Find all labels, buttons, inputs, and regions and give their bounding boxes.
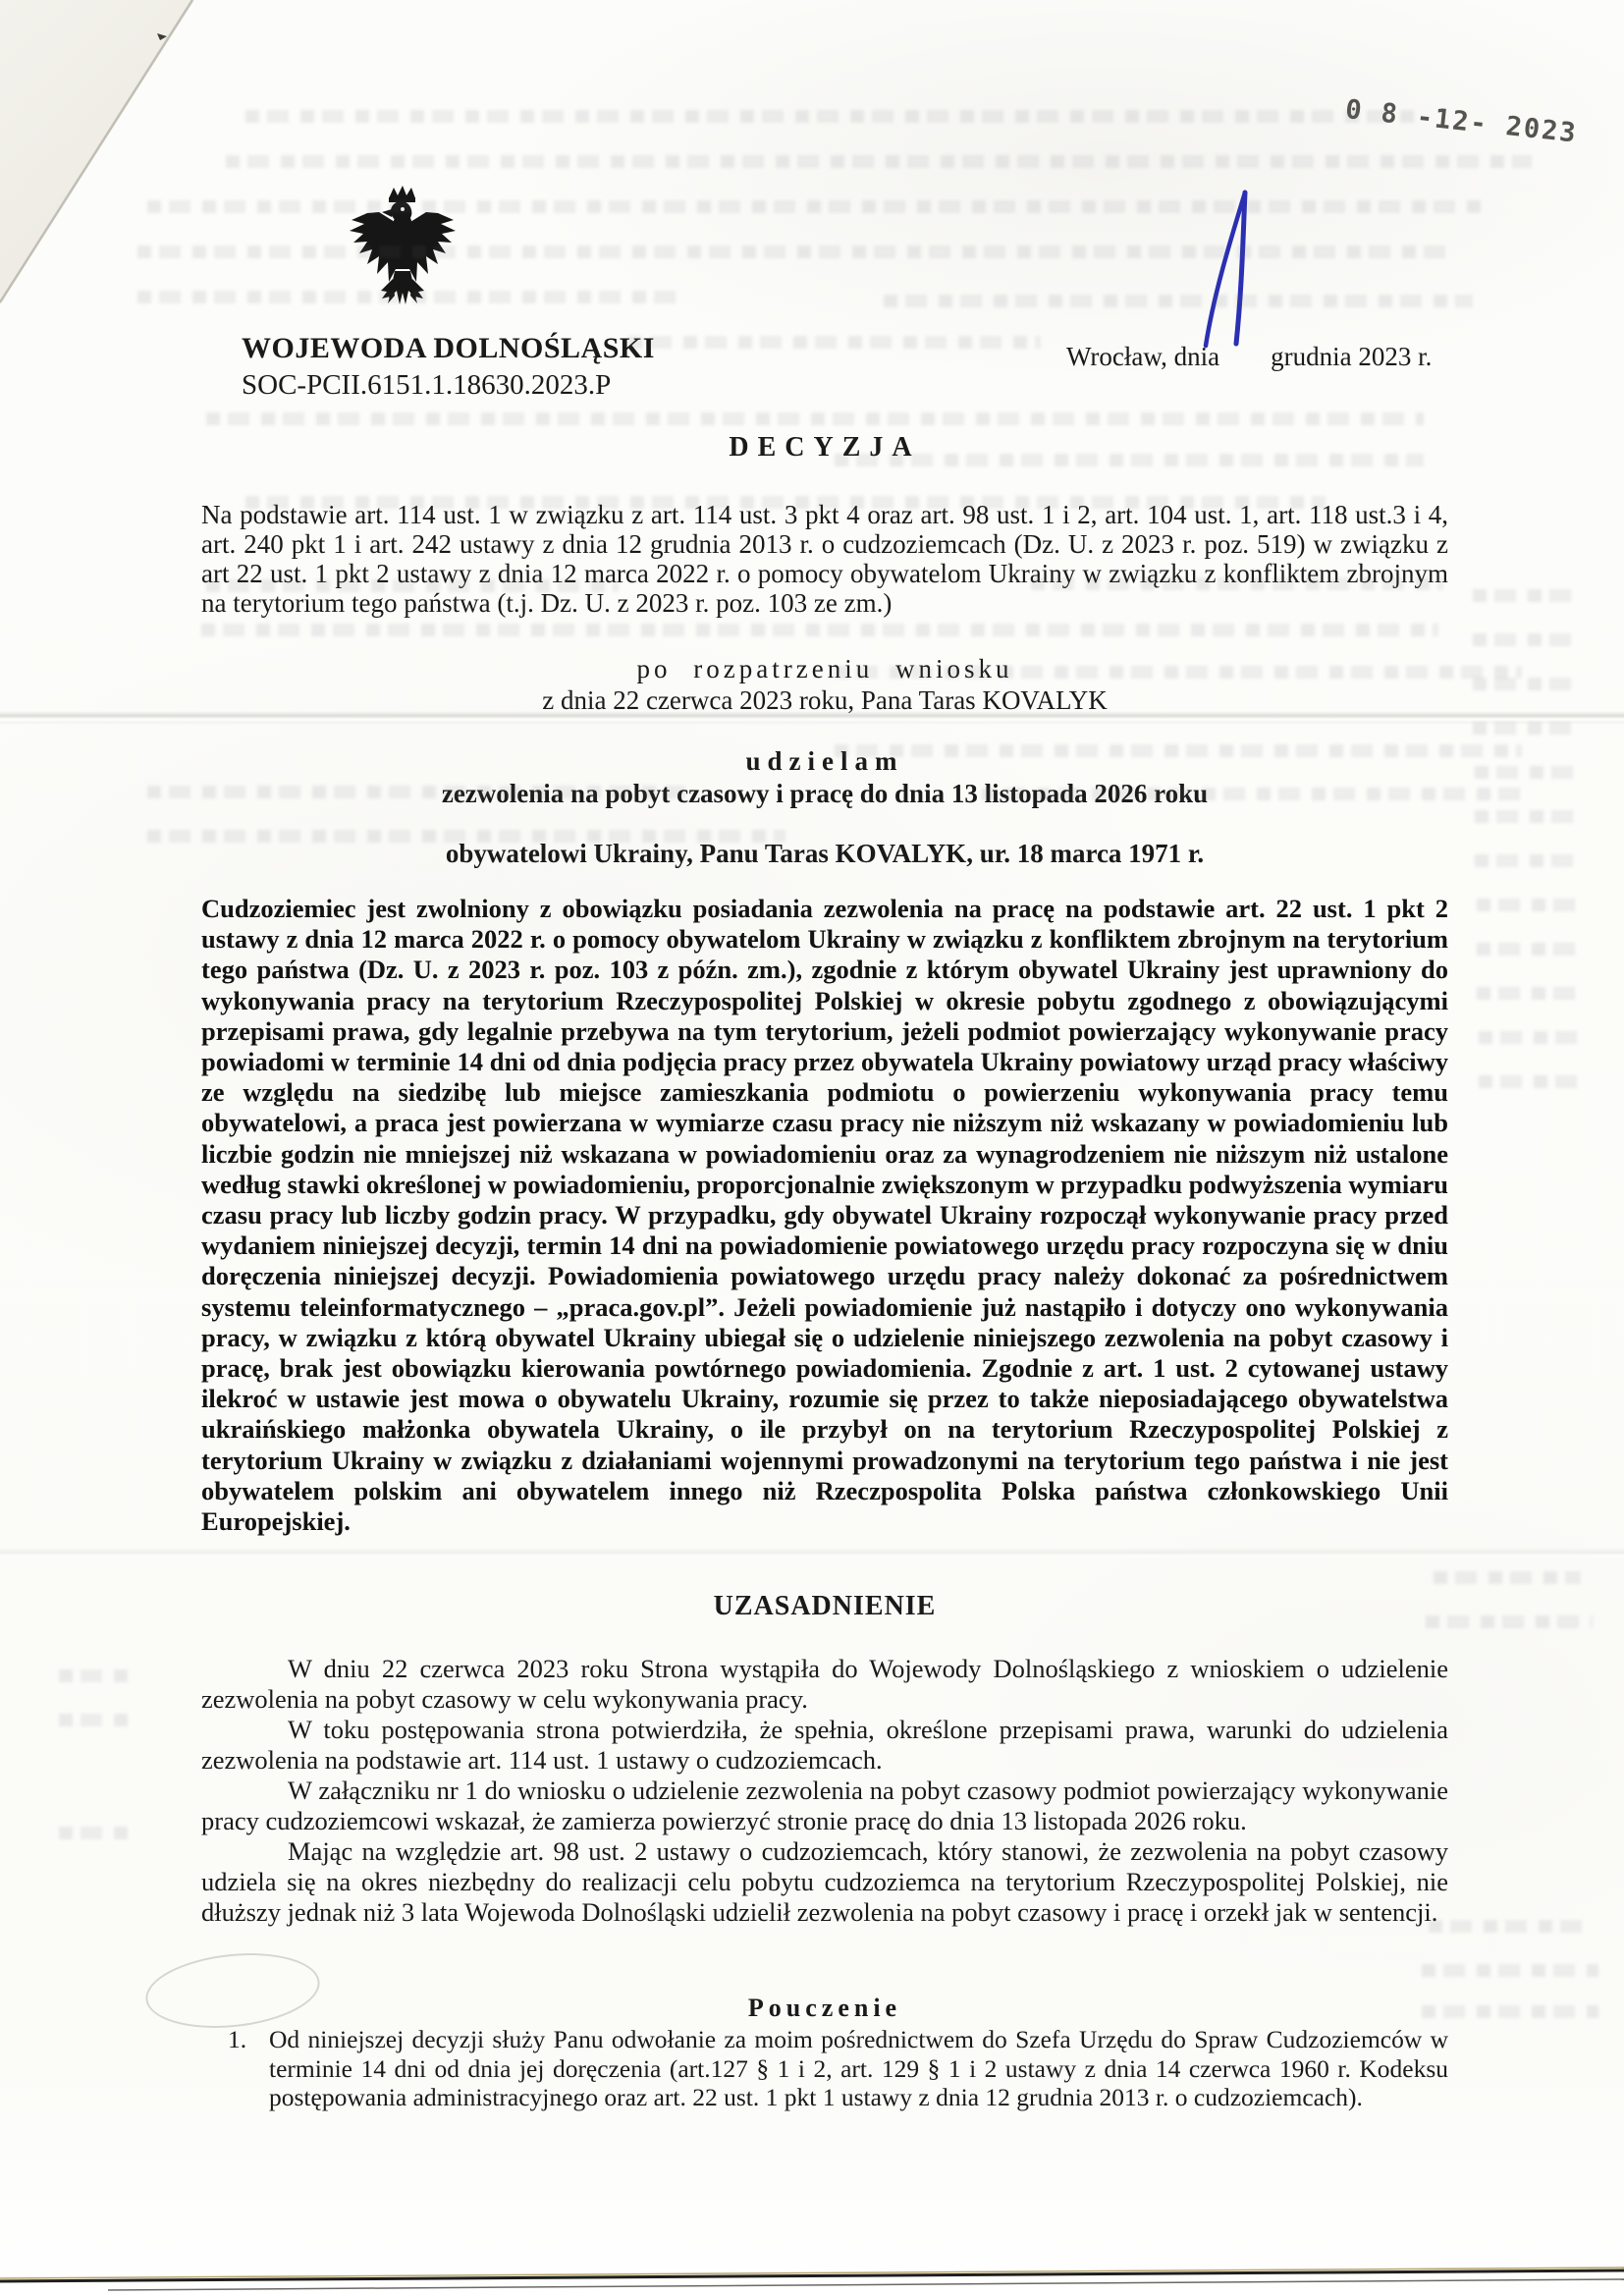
bleedthrough-text-row (1475, 854, 1581, 867)
bleedthrough-text-row (1473, 722, 1581, 735)
bleedthrough-text-row (835, 666, 1522, 679)
bleedthrough-text-row (1422, 1964, 1598, 1977)
bleedthrough-text-row (137, 246, 1453, 258)
bleedthrough-text-row (884, 295, 1473, 307)
bleedthrough-text-row (1473, 589, 1581, 602)
bleedthrough-text-row (147, 830, 785, 843)
bleedthrough-text-row (1477, 987, 1579, 1000)
bleedthrough-text-row (1422, 2005, 1598, 2018)
bleedthrough-text-row (1031, 577, 1443, 590)
bleedthrough-text-row (982, 788, 1532, 800)
case-number: SOC-PCII.6151.1.18630.2023.P (242, 369, 611, 402)
justification-paragraph: W załączniku nr 1 do wniosku o udzieleni… (201, 1776, 1448, 1836)
bleedthrough-text-row (1479, 1075, 1577, 1088)
justification-paragraph: Mając na względzie art. 98 ust. 2 ustawy… (201, 1836, 1448, 1928)
justification-paragraphs: W dniu 22 czerwca 2023 roku Strona wystą… (201, 1654, 1448, 1928)
justification-paragraph: W dniu 22 czerwca 2023 roku Strona wystą… (201, 1654, 1448, 1715)
legal-basis-paragraph: Na podstawie art. 114 ust. 1 w związku z… (201, 500, 1448, 618)
bleedthrough-text-row (1429, 1920, 1586, 1933)
place-date-prefix: Wrocław, dnia (1066, 342, 1219, 372)
bleedthrough-text-row (1473, 678, 1581, 690)
bleedthrough-text-row (59, 1714, 128, 1726)
bleedthrough-text-row (835, 454, 1424, 466)
instruction-item: 1. Od niniejszej decyzji służy Panu odwo… (228, 2025, 1448, 2112)
paper-crease-upper (0, 711, 1624, 725)
bleedthrough-text-row (59, 1669, 128, 1682)
bleedthrough-text-row (147, 786, 697, 798)
bleedthrough-text-row (1426, 1615, 1593, 1628)
bleedthrough-text-row (1475, 810, 1581, 823)
bleedthrough-text-row (226, 155, 1532, 168)
instruction-item-number: 1. (228, 2025, 257, 2112)
bleedthrough-text-row (1477, 899, 1579, 911)
instruction-item-text: Od niniejszej decyzji służy Panu odwołan… (257, 2025, 1448, 2112)
bleedthrough-text-row (1479, 1031, 1577, 1044)
bleedthrough-text-row (1473, 633, 1581, 646)
issuing-authority: WOJEWODA DOLNOŚLĄSKI (242, 332, 655, 365)
bleedthrough-text-row (1434, 1571, 1581, 1584)
beneficiary-line: obywatelowi Ukrainy, Panu Taras KOVALYK,… (201, 839, 1448, 869)
bleedthrough-text-row (59, 1827, 128, 1839)
bleedthrough-text-row (1475, 766, 1581, 779)
bleedthrough-text-row (835, 744, 1522, 757)
bleedthrough-text-row (1477, 943, 1579, 956)
justification-paragraph: W toku postępowania strona potwierdziła,… (201, 1715, 1448, 1776)
work-permit-exemption-paragraph: Cudzoziemiec jest zwolniony z obowiązku … (201, 894, 1448, 1537)
instruction-title: Pouczenie (201, 1994, 1448, 2023)
scanned-decision-page: 0 8 -12- 2023 WOJEWODA DOLNOŚLĄSKI SOC-P… (0, 0, 1624, 2296)
page-bottom-edge (0, 2259, 1624, 2296)
justification-title: UZASADNIENIE (201, 1591, 1448, 1622)
place-date-suffix: grudnia 2023 r. (1271, 342, 1432, 372)
folded-corner (0, 0, 194, 304)
paper-crease-lower (0, 1548, 1624, 1559)
bleedthrough-text-row (245, 496, 1326, 509)
bleedthrough-text-row (137, 291, 687, 303)
bleedthrough-text-row (206, 579, 619, 592)
bleedthrough-text-row (147, 200, 1483, 213)
bleedthrough-text-row (245, 110, 1414, 123)
bleedthrough-text-row (201, 624, 1438, 636)
bleedthrough-text-row (628, 336, 1041, 349)
bleedthrough-text-row (206, 412, 1424, 425)
